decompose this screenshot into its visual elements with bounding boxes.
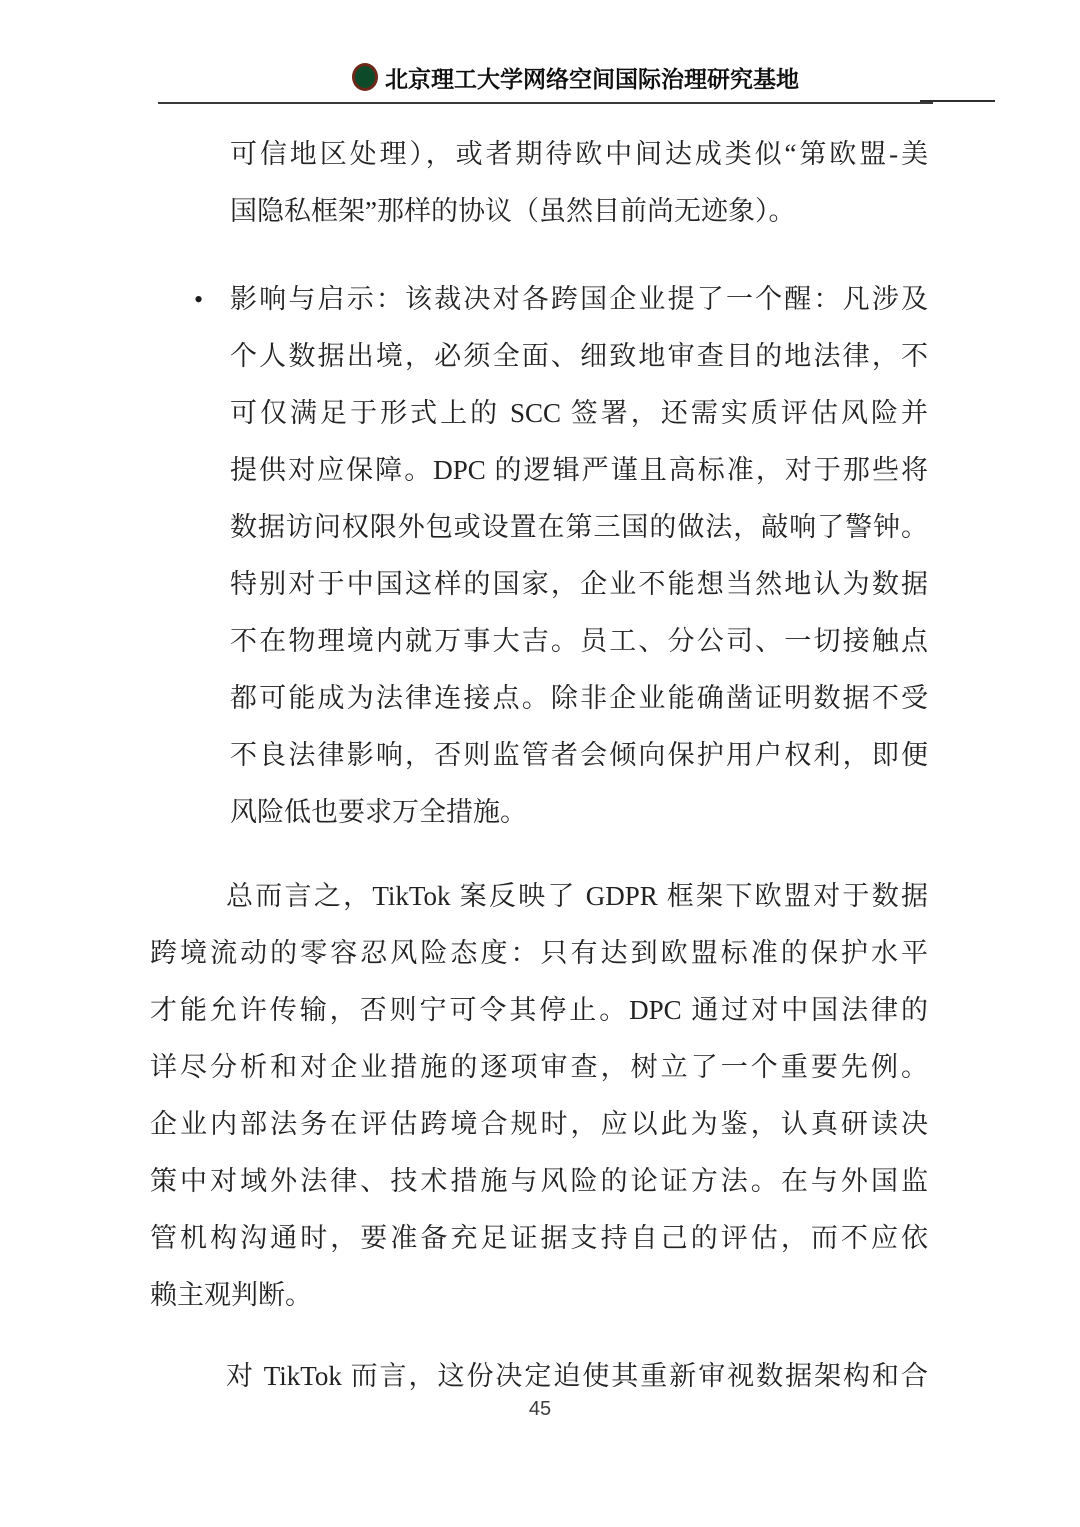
- text-line: 可信地区处理），或者期待欧中间达成类似“第欧盟-美: [230, 126, 928, 183]
- bullet-paragraph: • 影响与启示：该裁决对各跨国企业提了一个醒：凡涉及 个人数据出境，必须全面、细…: [230, 271, 928, 841]
- text-line: 数据访问权限外包或设置在第三国的做法，敲响了警钟。: [230, 499, 928, 556]
- paragraph-summary: 总而言之，TikTok 案反映了 GDPR 框架下欧盟对于数据 跨境流动的零容忍…: [150, 868, 928, 1324]
- text-line: 风险低也要求万全措施。: [230, 784, 928, 841]
- text-line: 策中对域外法律、技术措施与风险的论证方法。在与外国监: [150, 1153, 928, 1210]
- header-title: 北京理工大学网络空间国际治理研究基地: [385, 61, 799, 94]
- bit-emblem-icon: [352, 63, 378, 91]
- text-line: 可仅满足于形式上的 SCC 签署，还需实质评估风险并: [230, 385, 928, 442]
- text-line: 提供对应保障。DPC 的逻辑严谨且高标准，对于那些将: [230, 442, 928, 499]
- text-line: 不在物理境内就万事大吉。员工、分公司、一切接触点: [230, 613, 928, 670]
- text-line: 特别对于中国这样的国家，企业不能想当然地认为数据: [230, 556, 928, 613]
- text-line: 详尽分析和对企业措施的逐项审查，树立了一个重要先例。: [150, 1039, 928, 1096]
- text-line: 赖主观判断。: [150, 1267, 928, 1324]
- header-divider-dash: [920, 100, 995, 102]
- text-line: 管机构沟通时，要准备充足证据支持自己的评估，而不应依: [150, 1210, 928, 1267]
- document-page: 北京理工大学网络空间国际治理研究基地 可信地区处理），或者期待欧中间达成类似“第…: [0, 0, 1080, 1527]
- text-line: 才能允许传输，否则宁可令其停止。DPC 通过对中国法律的: [150, 982, 928, 1039]
- text-line: 对 TikTok 而言，这份决定迫使其重新审视数据架构和合: [150, 1348, 928, 1405]
- text-line: 国隐私框架”那样的协议（虽然目前尚无迹象）。: [230, 183, 928, 240]
- text-line: 不良法律影响，否则监管者会倾向保护用户权利，即便: [230, 727, 928, 784]
- text-line: 企业内部法务在评估跨境合规时，应以此为鉴，认真研读决: [150, 1096, 928, 1153]
- header-divider: [158, 102, 933, 104]
- bullet-icon: •: [194, 271, 214, 328]
- text-line: 都可能成为法律连接点。除非企业能确凿证明数据不受: [230, 670, 928, 727]
- text-line: 影响与启示：该裁决对各跨国企业提了一个醒：凡涉及: [230, 271, 928, 328]
- text-line: 跨境流动的零容忍风险态度：只有达到欧盟标准的保护水平: [150, 925, 928, 982]
- paragraph-tiktok: 对 TikTok 而言，这份决定迫使其重新审视数据架构和合: [150, 1348, 928, 1405]
- paragraph-continuation: 可信地区处理），或者期待欧中间达成类似“第欧盟-美 国隐私框架”那样的协议（虽然…: [230, 126, 928, 240]
- page-header: 北京理工大学网络空间国际治理研究基地: [352, 60, 799, 94]
- text-line: 总而言之，TikTok 案反映了 GDPR 框架下欧盟对于数据: [150, 868, 928, 925]
- page-number: 45: [0, 1398, 1080, 1421]
- text-line: 个人数据出境，必须全面、细致地审查目的地法律，不: [230, 328, 928, 385]
